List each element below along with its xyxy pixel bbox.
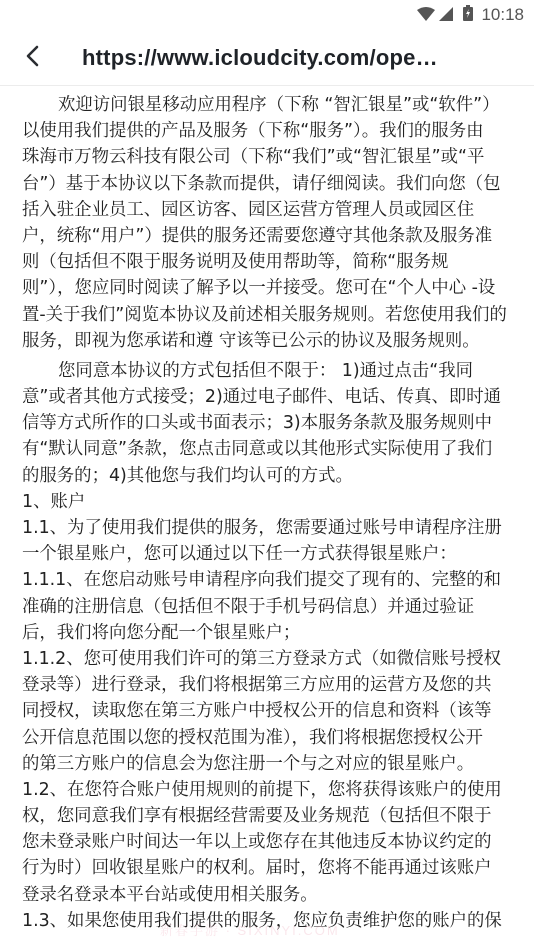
section-heading-account: 1、账户: [22, 489, 516, 515]
text-line: 台”）基于本协议以下条款而提供，请仔细阅读。我们向您（包: [22, 171, 516, 197]
text-line: 您同意本协议的方式包括但不限于： 1)通过点击“我同: [22, 358, 516, 384]
text-line: 欢迎访问银星移动应用程序（下称 “智汇银星”或“软件”）: [22, 92, 516, 118]
text-line: 置-关于我们”阅览本协议及前述相关服务规则。若您使用我们的: [22, 302, 516, 328]
wifi-icon: [417, 6, 435, 25]
text-line: 1.1、为了使用我们提供的服务，您需要通过账号申请程序注册: [22, 515, 516, 541]
clock: 10:18: [481, 5, 524, 25]
text-line: 1.1.1、在您启动账号申请程序向我们提交了现有的、完整的和: [22, 567, 516, 593]
text-line: 权，您同意我们享有根据经营需要及业务规范（包括但不限于: [22, 803, 516, 829]
text-line: 1.1.2、您可使用我们许可的第三方登录方式（如微信账号授权: [22, 646, 516, 672]
text-line: 以使用我们提供的产品及服务（下称“服务”）。我们的服务由: [22, 118, 516, 144]
text-line: 准确的注册信息（包括但不限于手机号码信息）并通过验证: [22, 594, 516, 620]
text-line: 1.3、如果您使用我们提供的服务，您应负责维护您的账户的保: [22, 908, 516, 934]
cellular-signal-icon: [439, 6, 453, 25]
text-line: 一个银星账户，您可以通过以下任一方式获得银星账户：: [22, 541, 516, 567]
text-line: 公开信息范围以您的授权范围为准），我们将根据您授权公开: [22, 725, 516, 751]
paragraph-intro: 欢迎访问银星移动应用程序（下称 “智汇银星”或“软件”） 以使用我们提供的产品及…: [22, 92, 516, 354]
text-line: 服务，即视为您承诺和遵 守该等已公示的协议及服务规则。: [22, 328, 516, 354]
agreement-content: 欢迎访问银星移动应用程序（下称 “智汇银星”或“软件”） 以使用我们提供的产品及…: [22, 92, 516, 934]
text-line: 您未登录账户时间达一年以上或您存在其他违反本协议约定的: [22, 829, 516, 855]
status-bar: 10:18: [0, 0, 534, 30]
text-line: 则（包括但不限于服务说明及使用帮助等，简称“服务规: [22, 249, 516, 275]
text-line: 同授权，读取您在第三方账户中授权公开的信息和资料（该等: [22, 698, 516, 724]
text-line: 则”），您应同时阅读了解予以一并接受。您可在“个人中心 -设: [22, 275, 516, 301]
text-line: 登录等）进行登录，我们将根据第三方应用的运营方及您的共: [22, 672, 516, 698]
text-line: 珠海市万物云科技有限公司（下称“我们”或“智汇银星”或“平: [22, 144, 516, 170]
text-line: 户，统称“用户”）提供的服务还需要您遵守其他条款及服务准: [22, 223, 516, 249]
text-line: 有“默认同意”条款，您点击同意或以其他形式实际使用了我们: [22, 436, 516, 462]
text-line: 1.2、在您符合账户使用规则的前提下，您将获得该账户的使用: [22, 777, 516, 803]
paragraph-consent: 您同意本协议的方式包括但不限于： 1)通过点击“我同 意”或者其他方式接受；2)…: [22, 358, 516, 489]
text-line: 的服务的；4)其他您与我们均认可的方式。: [22, 463, 516, 489]
text-line: 行为时）回收银星账户的权利。届时，您将不能再通过该账户: [22, 855, 516, 881]
section-account: 1.1、为了使用我们提供的服务，您需要通过账号申请程序注册 一个银星账户，您可以…: [22, 515, 516, 934]
text-line: 的第三方账户的信息会为您注册一个与之对应的银星账户。: [22, 751, 516, 777]
battery-charging-icon: [463, 5, 473, 25]
page-title: https://www.icloudcity.com/ope…: [82, 45, 438, 71]
text-line: 信等方式所作的口头或书面表示；3)本服务条款及服务规则中: [22, 410, 516, 436]
app-bar: https://www.icloudcity.com/ope…: [0, 30, 534, 86]
text-line: 后，我们将向您分配一个银星账户；: [22, 620, 516, 646]
text-line: 意”或者其他方式接受；2)通过电子邮件、电话、传真、即时通: [22, 384, 516, 410]
text-line: 登录名登录本平台站或使用相关服务。: [22, 882, 516, 908]
status-icons: [417, 5, 473, 25]
text-line: 括入驻企业员工、园区访客、园区运营方管理人员或园区住: [22, 197, 516, 223]
chevron-left-icon: [25, 45, 39, 71]
back-button[interactable]: [0, 30, 64, 86]
